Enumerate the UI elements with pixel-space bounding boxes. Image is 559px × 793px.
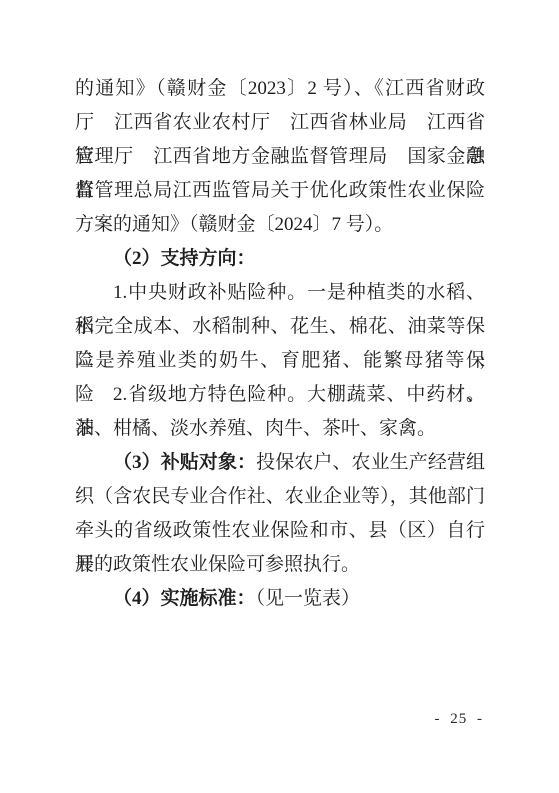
text-line: 二是养殖业类的奶牛、育肥猪、能繁母猪等保险。 [75,344,485,378]
text-segment: 方案的通知》（赣财金〔2024〕7 号）。 [75,214,393,235]
text-line: 督管理总局江西监管局关于优化政策性农业保险 [75,174,485,208]
text-line: （2）支持方向： [75,242,485,276]
text-line: （3）补贴对象：投保农户、农业生产经营组 [75,446,485,480]
bold-text-segment: （4）实施标准： [113,588,256,609]
text-line: 方案的通知》（赣财金〔2024〕7 号）。 [75,208,485,242]
text-line: （4）实施标准：（见一览表） [75,582,485,616]
document-body: 的通知》（赣财金〔2023〕2 号）、《江西省财政厅 江西省农业农村厅 江西省林… [75,72,485,616]
text-line: 厅 江西省农业农村厅 江西省林业局 江西省应急 [75,106,485,140]
text-line: 展的政策性农业保险可参照执行。 [75,548,485,582]
text-segment: 的通知》（赣财金〔2023〕2 号）、《江西省财政 [75,78,485,99]
text-segment: 督管理总局江西监管局关于优化政策性农业保险 [75,180,485,201]
text-segment: 茶、柑橘、淡水养殖、肉牛、茶叶、家禽。 [75,418,436,439]
text-segment: 织（含农民专业合作社、农业企业等），其他部门 [75,486,485,507]
text-segment: （见一览表） [256,588,361,609]
text-line: 2.省级地方特色险种。大棚蔬菜、中药材、油 [75,378,485,412]
text-segment: 投保农户、农业生产经营组 [256,452,485,473]
text-segment: 展的政策性农业保险可参照执行。 [75,554,360,575]
text-line: 牵头的省级政策性农业保险和市、县（区）自行开 [75,514,485,548]
bold-text-segment: （2）支持方向： [113,248,256,269]
document-page: 的通知》（赣财金〔2023〕2 号）、《江西省财政厅 江西省农业农村厅 江西省林… [0,0,559,793]
text-line: 管理厅 江西省地方金融监督管理局 国家金融监 [75,140,485,174]
text-line: 的通知》（赣财金〔2023〕2 号）、《江西省财政 [75,72,485,106]
page-number: - 25 - [435,709,484,729]
text-line: 1.中央财政补贴险种。一是种植类的水稻、水 [75,276,485,310]
bold-text-segment: （3）补贴对象： [113,452,256,473]
text-line: 稻完全成本、水稻制种、花生、棉花、油菜等保险; [75,310,485,344]
text-line: 织（含农民专业合作社、农业企业等），其他部门 [75,480,485,514]
text-line: 茶、柑橘、淡水养殖、肉牛、茶叶、家禽。 [75,412,485,446]
